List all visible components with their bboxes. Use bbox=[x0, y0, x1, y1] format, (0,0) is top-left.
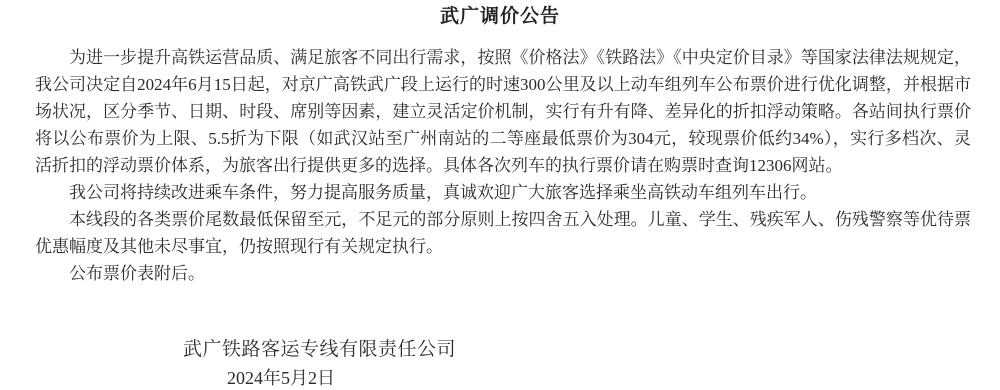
paragraph-rounding-rules: 本线段的各类票价尾数最低保留至元，不足元的部分原则上按四舍五入处理。儿童、学生、… bbox=[35, 206, 971, 260]
company-signature: 武广铁路客运专线有限责任公司 bbox=[183, 338, 456, 362]
paragraph-intro: 为进一步提升高铁运营品质、满足旅客不同出行需求，按照《价格法》《铁路法》《中央定… bbox=[35, 44, 971, 179]
document-body: 为进一步提升高铁运营品质、满足旅客不同出行需求，按照《价格法》《铁路法》《中央定… bbox=[35, 44, 971, 287]
announcement-document: 武广调价公告 为进一步提升高铁运营品质、满足旅客不同出行需求，按照《价格法》《铁… bbox=[0, 0, 1000, 390]
document-title: 武广调价公告 bbox=[0, 4, 1000, 30]
paragraph-service-pledge: 我公司将持续改进乘车条件，努力提高服务质量，真诚欢迎广大旅客选择乘坐高铁动车组列… bbox=[35, 179, 971, 206]
document-date: 2024年5月2日 bbox=[227, 366, 335, 390]
paragraph-attachment-note: 公布票价表附后。 bbox=[35, 260, 971, 287]
